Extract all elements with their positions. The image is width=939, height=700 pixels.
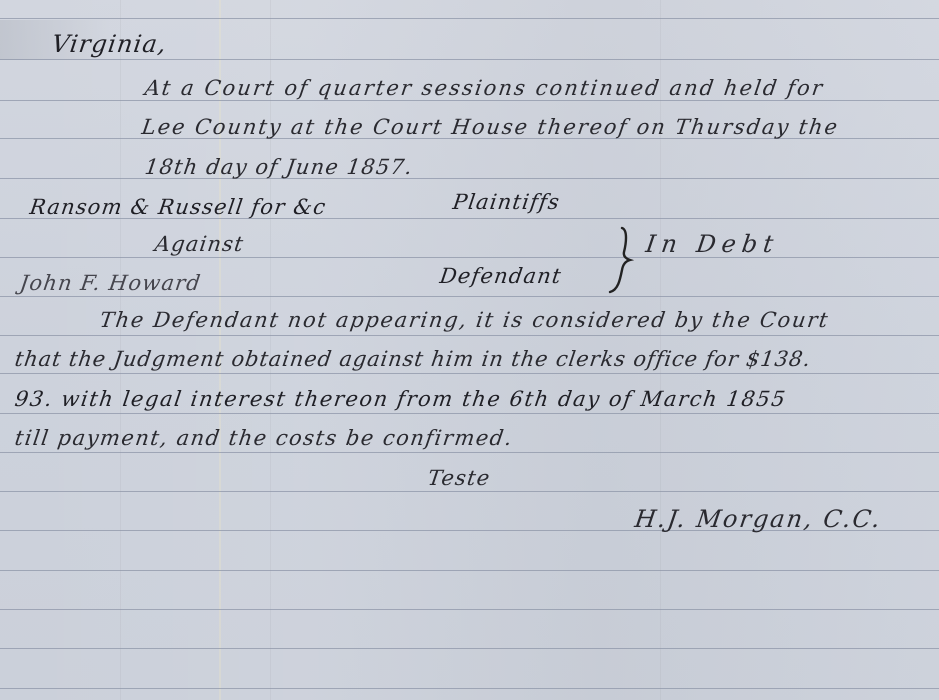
ruled-line — [0, 257, 939, 258]
document-page: Virginia, At a Court of quarter sessions… — [0, 0, 939, 700]
ruled-line — [0, 648, 939, 649]
ruled-line — [0, 570, 939, 571]
heading-state: Virginia, — [50, 30, 169, 58]
judgment-line-4: till payment, and the costs be confirmed… — [13, 426, 514, 450]
ruled-line — [0, 688, 939, 689]
versus-label: Against — [153, 232, 245, 256]
plaintiff-name: Ransom & Russell for &c — [28, 195, 328, 219]
ruled-line — [0, 100, 939, 101]
ruled-line — [0, 452, 939, 453]
ruled-line — [0, 178, 939, 179]
judgment-line-3: 93. with legal interest thereon from the… — [13, 387, 788, 411]
action-type: In Debt — [644, 230, 781, 258]
clerk-signature: H.J. Morgan, C.C. — [633, 505, 884, 533]
opening-line-2: Lee County at the Court House thereof on… — [140, 115, 840, 139]
ruled-line — [0, 491, 939, 492]
curly-brace-icon — [608, 226, 634, 294]
ruled-line — [0, 59, 939, 60]
ruled-line — [0, 335, 939, 336]
ruled-line — [0, 413, 939, 414]
opening-line-3: 18th day of June 1857. — [143, 155, 414, 179]
plaintiff-label: Plaintiffs — [451, 190, 561, 214]
judgment-line-2: that the Judgment obtained against him i… — [13, 347, 812, 371]
judgment-line-1: The Defendant not appearing, it is consi… — [98, 308, 831, 332]
opening-line-1: At a Court of quarter sessions continued… — [143, 76, 826, 100]
teste-label: Teste — [426, 466, 492, 490]
defendant-label: Defendant — [438, 264, 563, 288]
ruled-line — [0, 373, 939, 374]
ruled-line — [0, 18, 939, 19]
ruled-line — [0, 609, 939, 610]
ruled-line — [0, 296, 939, 297]
defendant-name: John F. Howard — [18, 271, 203, 295]
